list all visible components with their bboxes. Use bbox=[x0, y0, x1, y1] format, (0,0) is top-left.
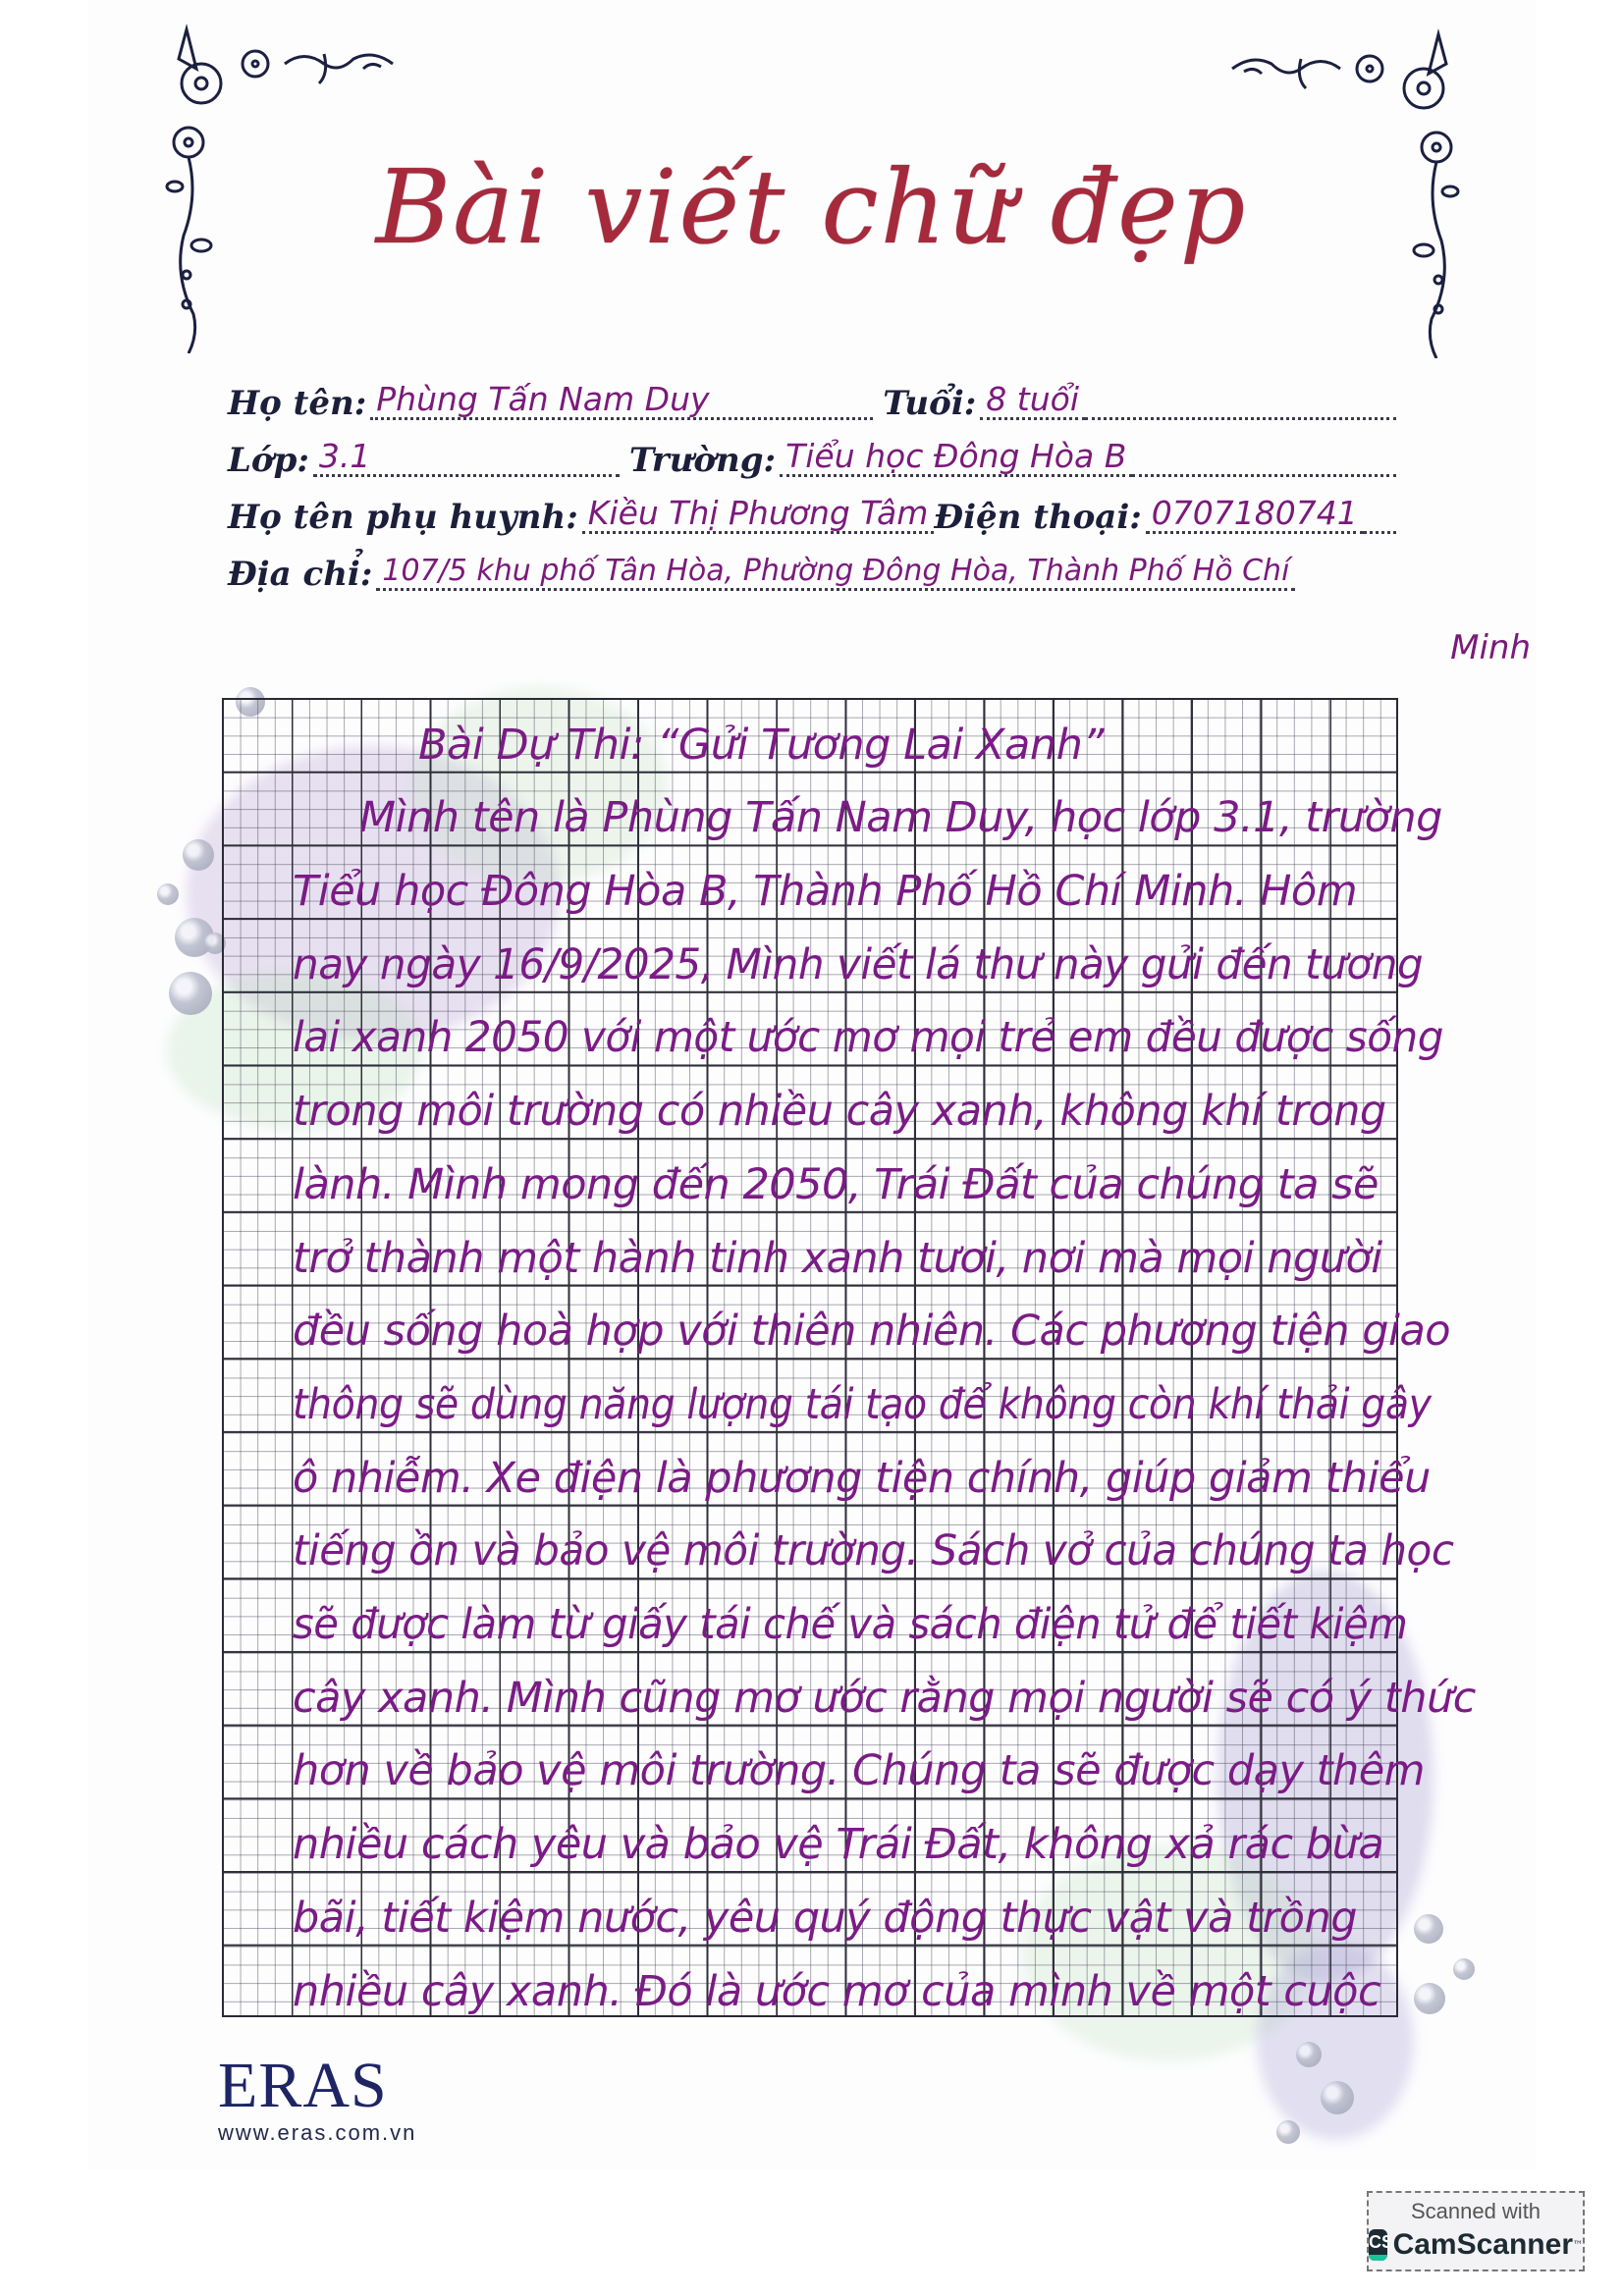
essay-line: lành. Mình mong đến 2050, Trái Đất của c… bbox=[222, 1138, 1398, 1211]
parent-label: Họ tên phụ huynh: bbox=[228, 501, 582, 534]
eras-url: www.eras.com.vn bbox=[218, 2120, 416, 2146]
essay-line: Mình tên là Phùng Tấn Nam Duy, học lớp 3… bbox=[222, 772, 1398, 845]
trademark-symbol: ™ bbox=[1573, 2240, 1583, 2251]
school-field[interactable]: Tiểu học Đông Hòa B bbox=[780, 440, 1132, 477]
camscanner-watermark: Scanned with CS CamScanner ™ bbox=[1367, 2191, 1585, 2271]
name-age-row: Họ tên: Phùng Tấn Nam Duy Tuổi: 8 tuổi bbox=[228, 363, 1534, 420]
essay-body: Bài Dự Thi: “Gửi Tương Lai Xanh” Mình tê… bbox=[222, 698, 1398, 2017]
school-label: Trường: bbox=[629, 444, 780, 477]
parent-phone-row: Họ tên phụ huynh: Kiều Thị Phương Tâm Đi… bbox=[228, 477, 1534, 534]
address-field-continuation: Minh bbox=[1450, 628, 1531, 667]
essay-line: nay ngày 16/9/2025, Mình viết lá thư này… bbox=[222, 918, 1398, 991]
essay-line: thông sẽ dùng năng lượng tái tạo để khôn… bbox=[222, 1358, 1398, 1431]
essay-line: đều sống hoà hợp với thiên nhiên. Các ph… bbox=[222, 1285, 1398, 1359]
eras-brand: ERAS www.eras.com.vn bbox=[218, 2054, 416, 2146]
phone-label: Điện thoại: bbox=[934, 501, 1145, 534]
scanned-with-label: Scanned with bbox=[1369, 2199, 1583, 2224]
camscanner-name: CamScanner bbox=[1393, 2228, 1573, 2262]
essay-line: bãi, tiết kiệm nước, yêu quý động thực v… bbox=[222, 1871, 1398, 1945]
student-info-form: Họ tên: Phùng Tấn Nam Duy Tuổi: 8 tuổi L… bbox=[228, 363, 1534, 591]
essay-title: Bài Dự Thi: “Gửi Tương Lai Xanh” bbox=[222, 698, 1398, 772]
essay-line: sẽ được làm từ giấy tái chế và sách điện… bbox=[222, 1577, 1398, 1651]
essay-line: trong môi trường có nhiều cây xanh, khôn… bbox=[222, 1065, 1398, 1139]
essay-line: Tiểu học Đông Hòa B, Thành Phố Hồ Chí Mi… bbox=[222, 844, 1398, 918]
address-label: Địa chỉ: bbox=[228, 558, 376, 591]
eras-logo: ERAS bbox=[218, 2054, 416, 2118]
essay-line: ô nhiễm. Xe điện là phương tiện chính, g… bbox=[222, 1431, 1398, 1505]
essay-line: tiếng ồn và bảo vệ môi trường. Sách vở c… bbox=[222, 1505, 1398, 1578]
camscanner-logo-icon: CS bbox=[1369, 2229, 1387, 2261]
essay-line: cây xanh. Mình cũng mơ ước rằng mọi ngườ… bbox=[222, 1651, 1398, 1725]
essay-line: nhiều cây xanh. Đó là ước mơ của mình về… bbox=[222, 1945, 1398, 2018]
age-label: Tuổi: bbox=[883, 387, 980, 420]
class-school-row: Lớp: 3.1 Trường: Tiểu học Đông Hòa B bbox=[228, 420, 1534, 477]
address-field[interactable]: 107/5 khu phố Tân Hòa, Phường Đông Hòa, … bbox=[376, 557, 1295, 591]
essay-line: nhiều cách yêu và bảo vệ Trái Đất, không… bbox=[222, 1798, 1398, 1872]
class-field[interactable]: 3.1 bbox=[313, 440, 620, 477]
page-title: Bài viết chữ đẹp bbox=[0, 147, 1623, 267]
age-field[interactable]: 8 tuổi bbox=[980, 383, 1085, 420]
parent-field[interactable]: Kiều Thị Phương Tâm bbox=[582, 497, 935, 534]
essay-line: lai xanh 2050 với một ước mơ mọi trẻ em … bbox=[222, 991, 1398, 1065]
phone-field[interactable]: 0707180741 bbox=[1146, 497, 1364, 534]
address-row: Địa chỉ: 107/5 khu phố Tân Hòa, Phường Đ… bbox=[228, 534, 1534, 591]
name-field[interactable]: Phùng Tấn Nam Duy bbox=[370, 383, 873, 420]
essay-line: trở thành một hành tinh xanh tươi, nơi m… bbox=[222, 1211, 1398, 1285]
name-label: Họ tên: bbox=[228, 387, 370, 420]
essay-line: hơn về bảo vệ môi trường. Chúng ta sẽ đư… bbox=[222, 1725, 1398, 1798]
class-label: Lớp: bbox=[228, 444, 313, 477]
